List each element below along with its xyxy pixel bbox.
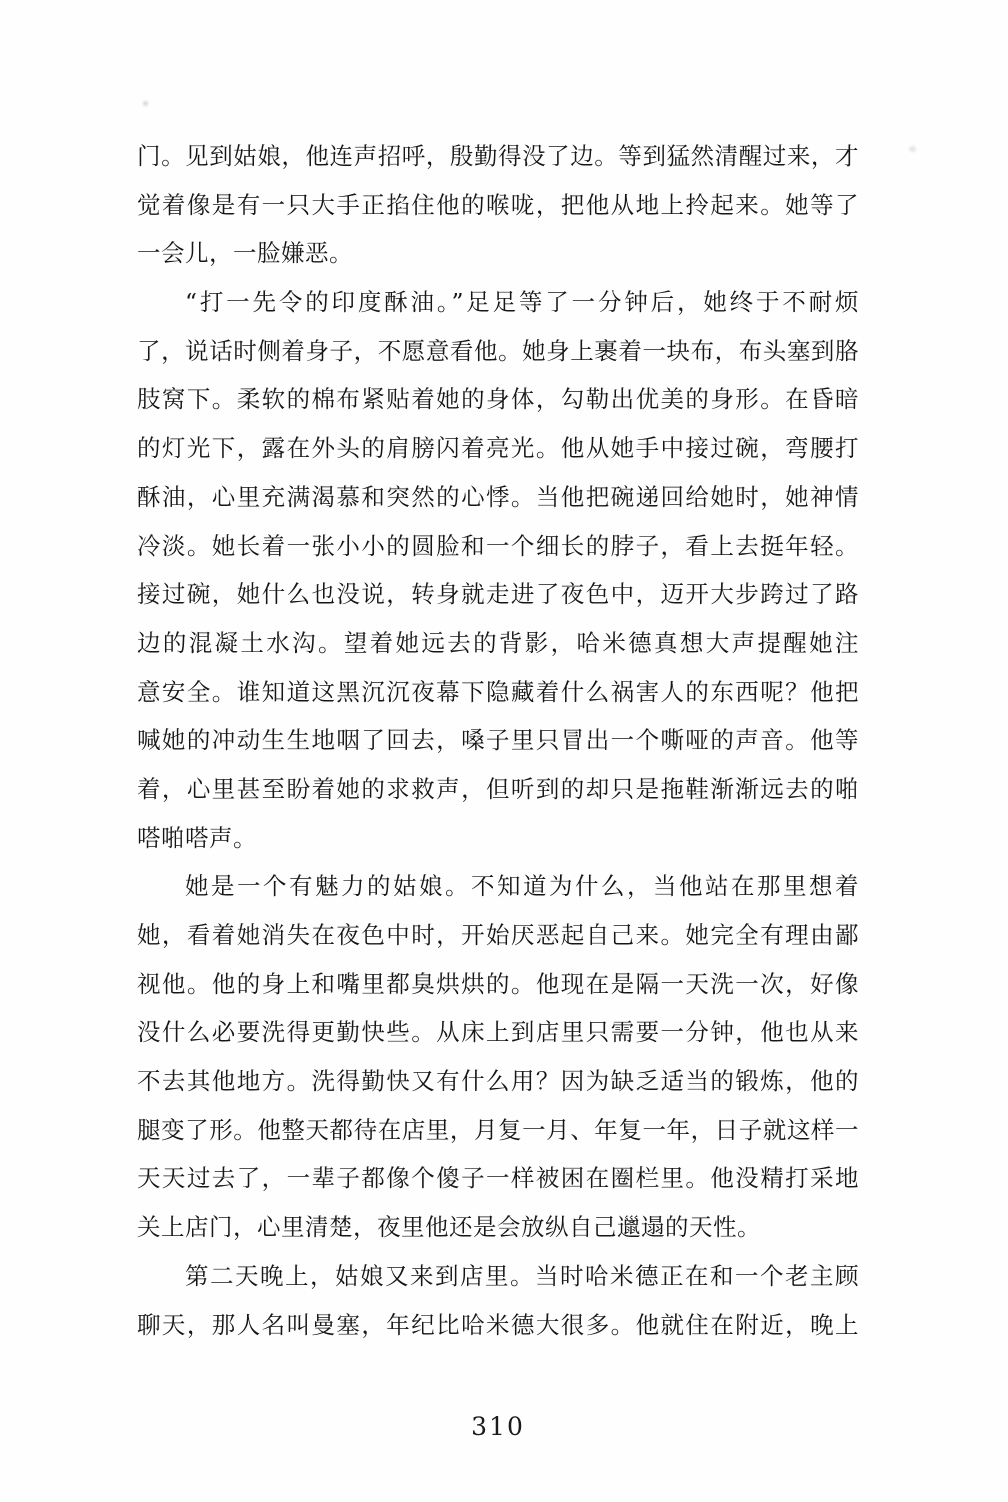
text-line: 她是一个有魅力的姑娘。不知道为什么，当他站在那里想着 (137, 862, 859, 911)
scan-speck (909, 146, 916, 152)
page-text: 门。见到姑娘，他连声招呼，殷勤得没了边。等到猛然清醒过来，才 觉着像是有一只大手… (137, 132, 859, 1349)
text-line: 边的混凝土水沟。望着她远去的背影，哈米德真想大声提醒她注 (137, 619, 859, 668)
text-line: 关上店门，心里清楚，夜里他还是会放纵自己邋遢的天性。 (137, 1203, 859, 1252)
text-line: 天天过去了，一辈子都像个傻子一样被困在圈栏里。他没精打采地 (137, 1154, 859, 1203)
text-line: 接过碗，她什么也没说，转身就走进了夜色中，迈开大步跨过了路 (137, 570, 859, 619)
text-line: 意安全。谁知道这黑沉沉夜幕下隐藏着什么祸害人的东西呢？他把 (137, 668, 859, 717)
text-line: 酥油，心里充满渴慕和突然的心悸。当他把碗递回给她时，她神情 (137, 473, 859, 522)
text-line: 第二天晚上，姑娘又来到店里。当时哈米德正在和一个老主顾 (137, 1252, 859, 1301)
book-page: 门。见到姑娘，他连声招呼，殷勤得没了边。等到猛然清醒过来，才 觉着像是有一只大手… (0, 0, 1008, 1502)
text-line: 嗒啪嗒声。 (137, 814, 859, 863)
text-line: “打一先令的印度酥油。”足足等了一分钟后，她终于不耐烦 (137, 278, 859, 327)
text-line: 她，看着她消失在夜色中时，开始厌恶起自己来。她完全有理由鄙 (137, 911, 859, 960)
text-line: 觉着像是有一只大手正掐住他的喉咙，把他从地上拎起来。她等了 (137, 181, 859, 230)
text-line: 着，心里甚至盼着她的求救声，但听到的却只是拖鞋渐渐远去的啪 (137, 765, 859, 814)
text-line: 视他。他的身上和嘴里都臭烘烘的。他现在是隔一天洗一次，好像 (137, 960, 859, 1009)
page-number: 310 (137, 1412, 859, 1441)
text-line: 喊她的冲动生生地咽了回去，嗓子里只冒出一个嘶哑的声音。他等 (137, 716, 859, 765)
text-line: 一会儿，一脸嫌恶。 (137, 229, 859, 278)
text-line: 腿变了形。他整天都待在店里，月复一月、年复一年，日子就这样一 (137, 1106, 859, 1155)
text-line: 了，说话时侧着身子，不愿意看他。她身上裹着一块布，布头塞到胳 (137, 327, 859, 376)
text-line: 肢窝下。柔软的棉布紧贴着她的身体，勾勒出优美的身形。在昏暗 (137, 375, 859, 424)
text-line: 门。见到姑娘，他连声招呼，殷勤得没了边。等到猛然清醒过来，才 (137, 132, 859, 181)
text-line: 没什么必要洗得更勤快些。从床上到店里只需要一分钟，他也从来 (137, 1008, 859, 1057)
text-line: 冷淡。她长着一张小小的圆脸和一个细长的脖子，看上去挺年轻。 (137, 522, 859, 571)
text-line: 聊天，那人名叫曼塞，年纪比哈米德大很多。他就住在附近，晚上 (137, 1301, 859, 1350)
text-line: 的灯光下，露在外头的肩膀闪着亮光。他从她手中接过碗，弯腰打 (137, 424, 859, 473)
text-line: 不去其他地方。洗得勤快又有什么用？因为缺乏适当的锻炼，他的 (137, 1057, 859, 1106)
scan-speck (143, 101, 148, 106)
